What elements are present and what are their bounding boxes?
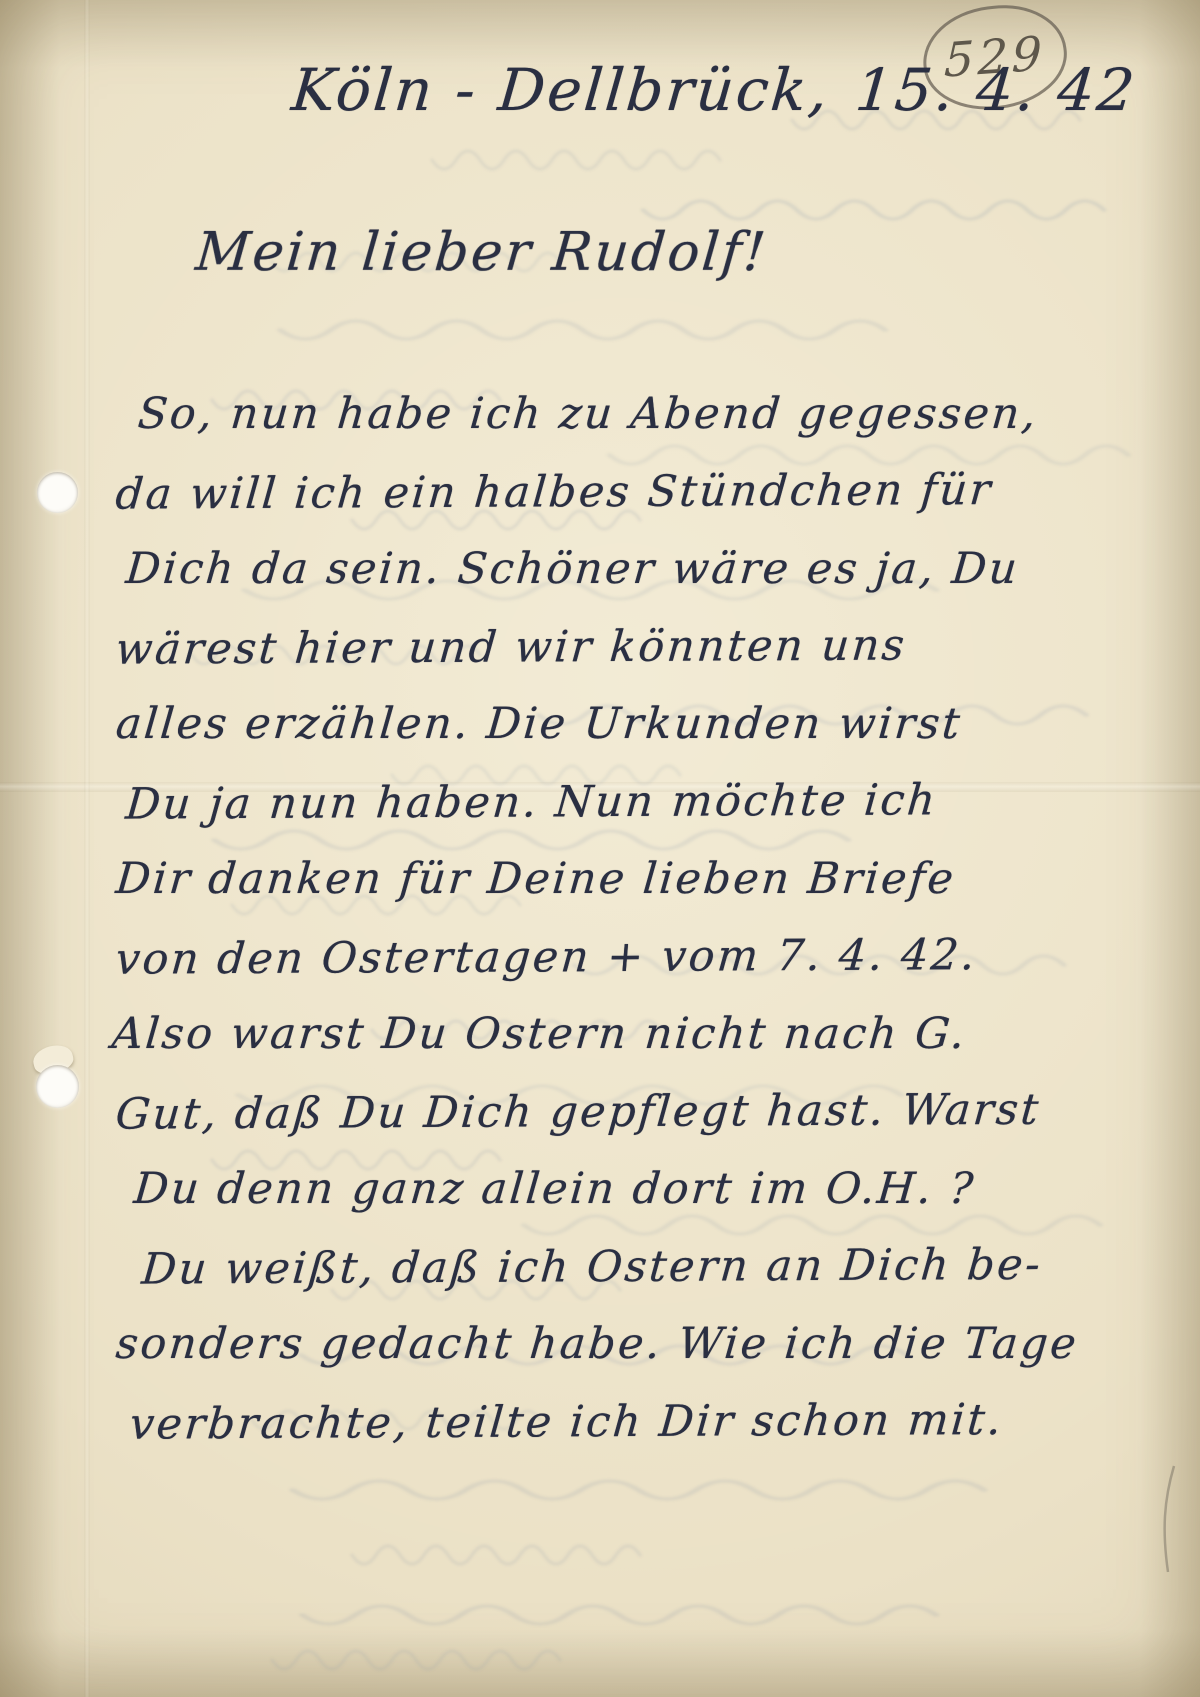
letter-line: alles erzählen. Die Urkunden wirst [113,686,1130,764]
letter-line: Du ja nun haben. Nun möchte ich [123,761,1130,844]
letter-line: Du weißt, daß ich Ostern an Dich be- [139,1226,1130,1309]
fold-crease-vertical [84,0,90,1697]
letter-line: sonders gedacht habe. Wie ich die Tage [113,1306,1130,1384]
letter-line: Dich da sein. Schöner wäre es ja, Du [123,531,1130,609]
letter-line: So, nun habe ich zu Abend gegessen, [135,376,1130,454]
letter-body: So, nun habe ich zu Abend gegessen, da w… [116,376,1126,1461]
letter-line: da will ich ein halbes Stündchen für [113,451,1130,534]
letter-line: verbrachte, teilte ich Dir schon mit. [127,1381,1130,1464]
letter-salutation: Mein lieber Rudolf! [193,222,770,283]
letter-line: Also warst Du Ostern nicht nach G. [109,996,1130,1074]
punch-hole-bottom [36,1065,79,1108]
letter-line: wärest hier und wir könnten uns [113,606,1130,689]
letter-line: Dir danken für Deine lieben Briefe [113,841,1130,919]
letter-page: 529 Köln - Dellbrück, 15. 4. 42 Mein lie… [0,0,1200,1697]
letter-line: Du denn ganz allein dort im O.H. ? [131,1151,1130,1229]
letter-header: Köln - Dellbrück, 15. 4. 42 [289,56,1139,124]
letter-place: Köln - Dellbrück, [289,56,833,124]
punch-hole-top [37,472,78,513]
letter-line: von den Ostertagen + vom 7. 4. 42. [113,916,1130,999]
letter-date: 15. 4. 42 [853,56,1140,124]
letter-line: Gut, daß Du Dich gepflegt hast. Warst [113,1071,1130,1154]
pencil-stray-mark [1134,1460,1194,1580]
